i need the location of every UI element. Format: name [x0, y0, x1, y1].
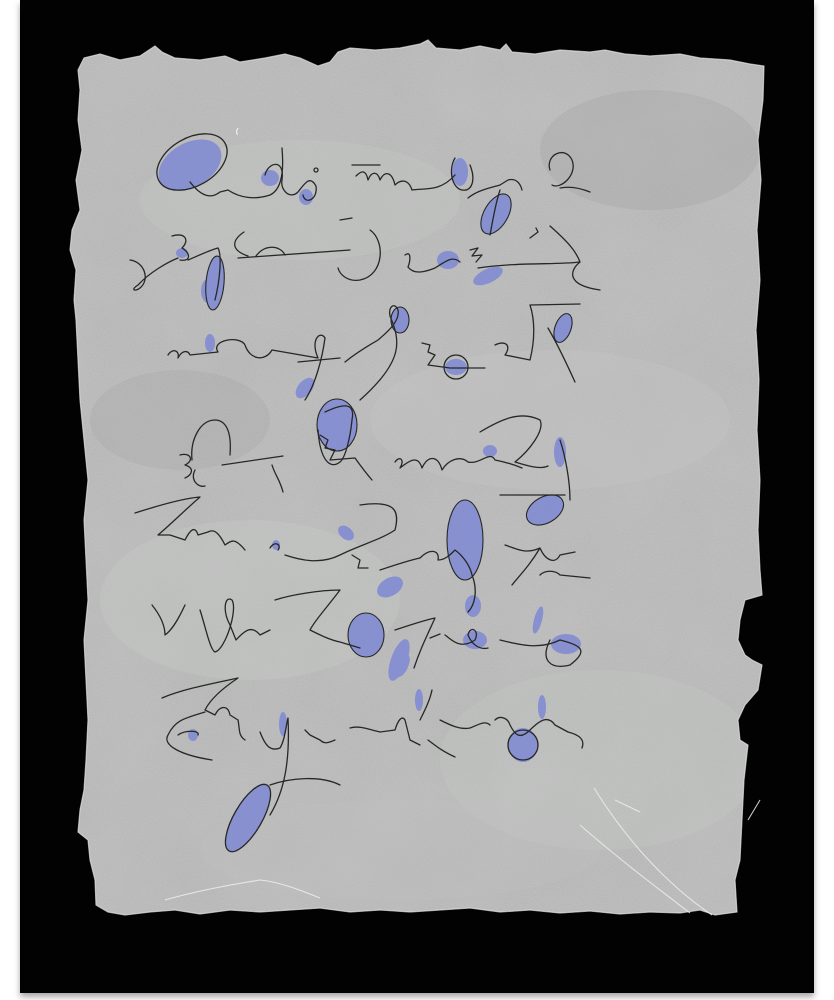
handwritten-artwork: [0, 0, 834, 1000]
